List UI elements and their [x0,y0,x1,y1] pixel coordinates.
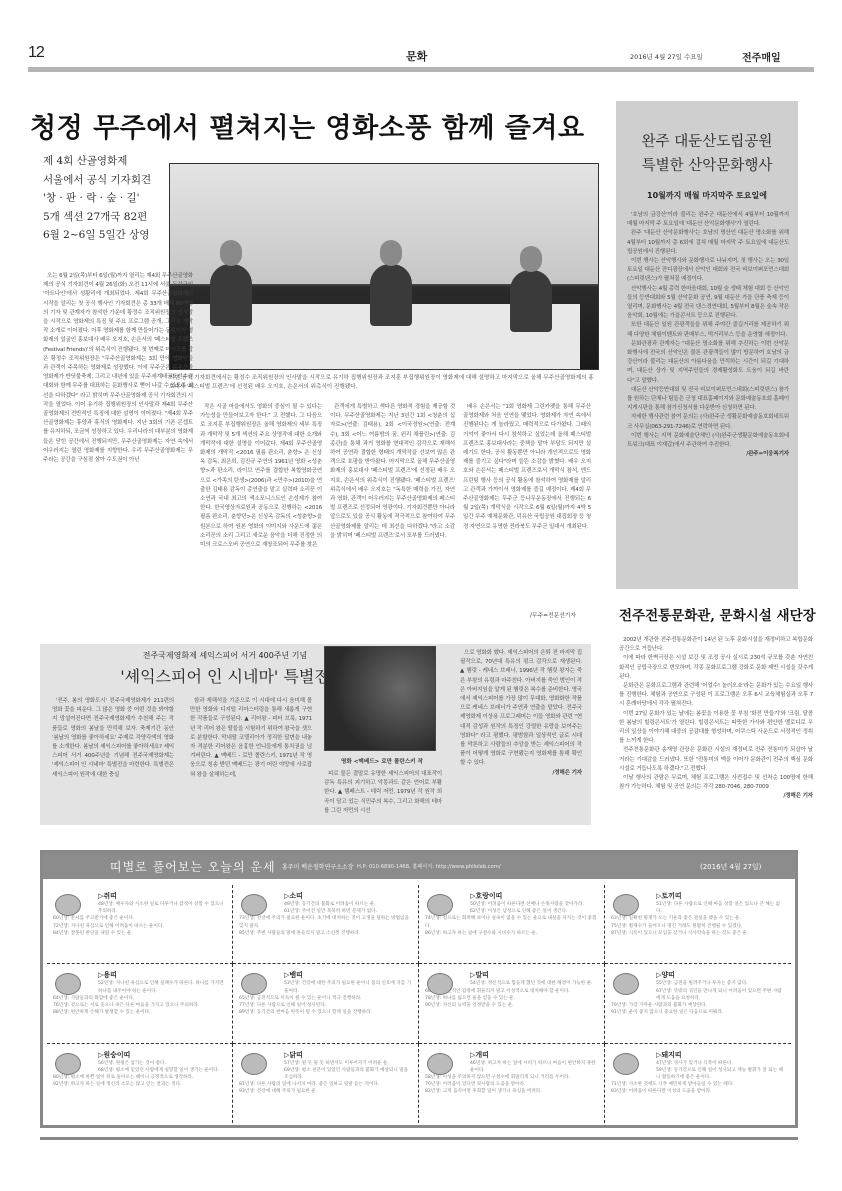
byline: /무주=전문선기자 [530,610,576,619]
zodiac-cell: ▷말띠 54년생: 정신적으로 힘들게 했던 것에 대한 해결이 가능한 운.6… [419,964,605,1043]
rooster-icon [241,1053,267,1075]
fortune-title: 띠별로 풀어보는 오늘의 운세 [110,858,276,875]
zodiac-cell: ▷개띠 46년생: 하고자 하는 일에 시비가 따르니 마음이 편안하지 못한 … [419,1044,605,1123]
photo-caption: 이번 공식 기자회견에서는 황정수 조직위원장의 인사말을 시작으로 유기하 집… [169,374,599,392]
zodiac-cell: ▷원숭이띠 56년생: 원평은 삼가는 것이 좋다.68년생: 평소에 믿었던 … [47,1044,233,1123]
zodiac-cell: ▷소띠 49년생: 동기간의 불화로 어려움이 따르는 운.61년생: 주어진 … [233,885,419,964]
main-headline: 청정 무주에서 펼쳐지는 영화소풍 함께 즐겨요 [30,106,585,145]
byline: /완주=이웅복기자 [627,450,789,459]
tiger-icon [427,894,453,916]
article-column: 작은 시골 마을에서도 영화의 중심이 될 수 있다는 가능성을 만들어보고자 … [200,403,322,550]
zodiac-cell: ▷뱀띠 53년생: 건강에 대한 주의가 필요한 운이니 몸의 신호에 귀를 기… [233,964,419,1043]
issue-date: 2016년 4월 27일 수요일 [630,52,703,61]
zodiac-cell: ▷용띠 52년생: 지나친 욕심으로 인해 실패수가 따른다. 하나를 가지면 … [47,964,233,1043]
sidebar-headline: 완주 대둔산도립공원 특별한 산악문화행사 [616,130,798,178]
newspaper-name: 전주매일 [742,49,781,64]
zodiac-cell: ▷토끼띠 51년생: 다른 사람으로 인해 마음 상할 일은 있으나 큰 해는 … [605,885,791,964]
rabbit-icon [613,894,639,916]
fortune-date: (2016년 4월 27일) [700,862,761,872]
article-column: 관객에게 특별하고 색다른 영화적 경험을 제공할 것이다. 무주산골영화제는 … [330,403,455,541]
photo-caption: 영화 <맥베드> 로만 폴란스키 작 [320,757,444,765]
sidebar-subtitle: 10월까지 매월 마지막주 토요일에 [616,190,798,201]
article-column: 오는 6월 2일(목)부터 6일(월)까지 열리는 제4회 무주산골영화제의 공… [43,272,193,465]
article-column: 으로 영화화 했다. 셰익스피어의 은퇴 전 마지막 집필작으로, 70년대 특… [460,649,582,778]
culture-center-body: 2002년 개관한 전주전통문화관이 14년 된 노후 문화시설을 재정비하고 … [619,636,813,802]
zodiac-cell: ▷양띠 55년생: 금전을 빌려주거나 투자는 좋지 않다.67년생: 뜻밖의 … [605,964,791,1043]
article-column: 함과 재해석을 기준으로 이 시대에 다시 음미해 볼 만한 영화와 디지털 리… [190,697,312,780]
article-column: 피로 물든 결말로 유명한 셰익스피어의 대표작이 감독 특유의 괴기하고 악몽… [324,770,442,816]
pig-icon [613,1053,639,1075]
zodiac-grid: ▷쥐띠 48년생: 배우자와 사소한 일로 다투거나 감정이 상할 수 있으니 … [47,885,791,1123]
footer-divider [40,1137,798,1140]
rat-icon [55,894,81,916]
monkey-icon [55,1053,81,1075]
press-conference-photo [169,163,599,370]
section-title: 문화 [406,48,427,64]
ox-icon [241,894,267,916]
fortune-author: 홍주미 백운철학연구소소장 [282,862,353,871]
fortune-contact: H.P: 010-6890-1468, 홈페이지: http://www.phi… [357,863,501,870]
sidebar-body: '호남의 금강산'이라 불리는 완주군 대둔산에서 4월부터 10월까지 매월 … [627,211,789,459]
zodiac-cell: ▷돼지띠 47년생: 경사가 있거나 식복이 따른다.59년생: 동기간으로 인… [605,1044,791,1123]
macbeth-film-still [324,646,436,751]
byline: /정해은 기자 [460,769,582,778]
culture-center-headline: 전주전통문화관, 문화시설 새단장 [619,604,816,624]
zodiac-cell: ▷닭띠 57년생: 될 듯 될 듯 하면서도 이루어지기 어려운 운.69년생:… [233,1044,419,1123]
dog-icon [427,1053,453,1075]
article-column: '전주, 봄의 영화도시' 전주국제영화제가 211편의 영화 꽃을 피운다. … [52,697,174,780]
zodiac-cell: ▷쥐띠 48년생: 배우자와 사소한 일로 다투거나 감정이 상할 수 있으니 … [47,885,233,964]
page-number: 12 [28,44,44,62]
zodiac-cell: ▷호랑이띠 50년생: 어려움이 따른다면 선배나 손윗사람을 찾아가라.62년… [419,885,605,964]
article-column: 배우 손은서는 "1회 영화제 그린카펫을 통해 무주산골영화제와 처음 인연을… [463,403,591,532]
byline: /정해은 기자 [619,792,813,801]
header-divider [28,67,814,72]
